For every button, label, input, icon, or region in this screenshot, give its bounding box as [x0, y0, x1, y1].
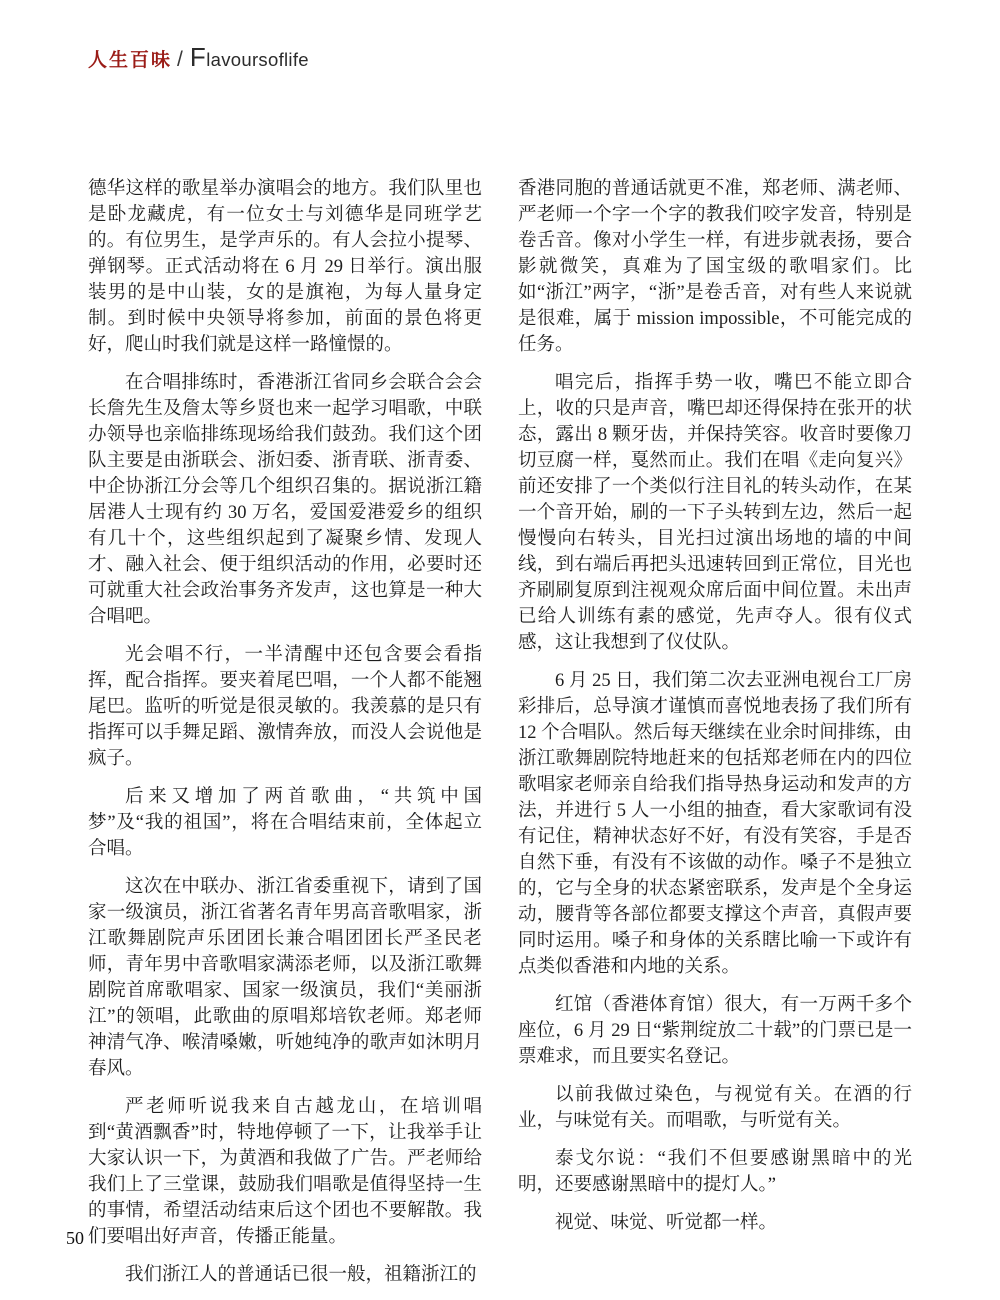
section-title-english: Flavoursoflife [190, 42, 309, 73]
paragraph: 香港同胞的普通话就更不准，郑老师、满老师、严老师一个字一个字的教我们咬字发音，特… [518, 176, 912, 358]
column-right: 香港同胞的普通话就更不准，郑老师、满老师、严老师一个字一个字的教我们咬字发音，特… [518, 176, 912, 1288]
slash-separator: / [177, 48, 183, 72]
page-number: 50 [66, 1228, 84, 1249]
paragraph: 视觉、味觉、听觉都一样。 [518, 1210, 912, 1236]
article-body: 德华这样的歌星举办演唱会的地方。我们队里也是卧龙藏虎，有一位女士与刘德华是同班学… [88, 176, 912, 1288]
section-title-english-initial: F [190, 42, 206, 72]
paragraph: 6 月 25 日，我们第二次去亚洲电视台工厂房彩排后，总导演才谨慎而喜悦地表扬了… [518, 668, 912, 980]
paragraph: 严老师听说我来自古越龙山，在培训唱到“黄酒飘香”时，特地停顿了一下，让我举手让大… [88, 1094, 482, 1250]
paragraph: 我们浙江人的普通话已很一般，祖籍浙江的 [88, 1262, 482, 1288]
magazine-page: 人生百味 / Flavoursoflife 德华这样的歌星举办演唱会的地方。我们… [0, 0, 1000, 1300]
paragraph: 这次在中联办、浙江省委重视下，请到了国家一级演员，浙江省著名青年男高音歌唱家，浙… [88, 874, 482, 1082]
paragraph: 唱完后，指挥手势一收，嘴巴不能立即合上，收的只是声音，嘴巴却还得保持在张开的状态… [518, 370, 912, 656]
paragraph: 以前我做过染色，与视觉有关。在酒的行业，与味觉有关。而唱歌，与听觉有关。 [518, 1082, 912, 1134]
section-header: 人生百味 / Flavoursoflife [88, 42, 309, 73]
paragraph: 红馆（香港体育馆）很大，有一万两千多个座位，6 月 29 日“紫荆绽放二十载”的… [518, 992, 912, 1070]
section-title-english-rest: lavoursoflife [206, 49, 309, 70]
section-title-chinese: 人生百味 [88, 45, 172, 72]
paragraph: 在合唱排练时，香港浙江省同乡会联合会会长詹先生及詹太等乡贤也来一起学习唱歌，中联… [88, 370, 482, 630]
column-left: 德华这样的歌星举办演唱会的地方。我们队里也是卧龙藏虎，有一位女士与刘德华是同班学… [88, 176, 482, 1288]
paragraph: 德华这样的歌星举办演唱会的地方。我们队里也是卧龙藏虎，有一位女士与刘德华是同班学… [88, 176, 482, 358]
paragraph: 泰戈尔说：“我们不但要感谢黑暗中的光明，还要感谢黑暗中的提灯人。” [518, 1146, 912, 1198]
paragraph: 光会唱不行，一半清醒中还包含要会看指挥，配合指挥。要夹着尾巴唱，一个人都不能翘尾… [88, 642, 482, 772]
paragraph: 后来又增加了两首歌曲，“共筑中国梦”及“我的祖国”，将在合唱结束前，全体起立合唱… [88, 784, 482, 862]
